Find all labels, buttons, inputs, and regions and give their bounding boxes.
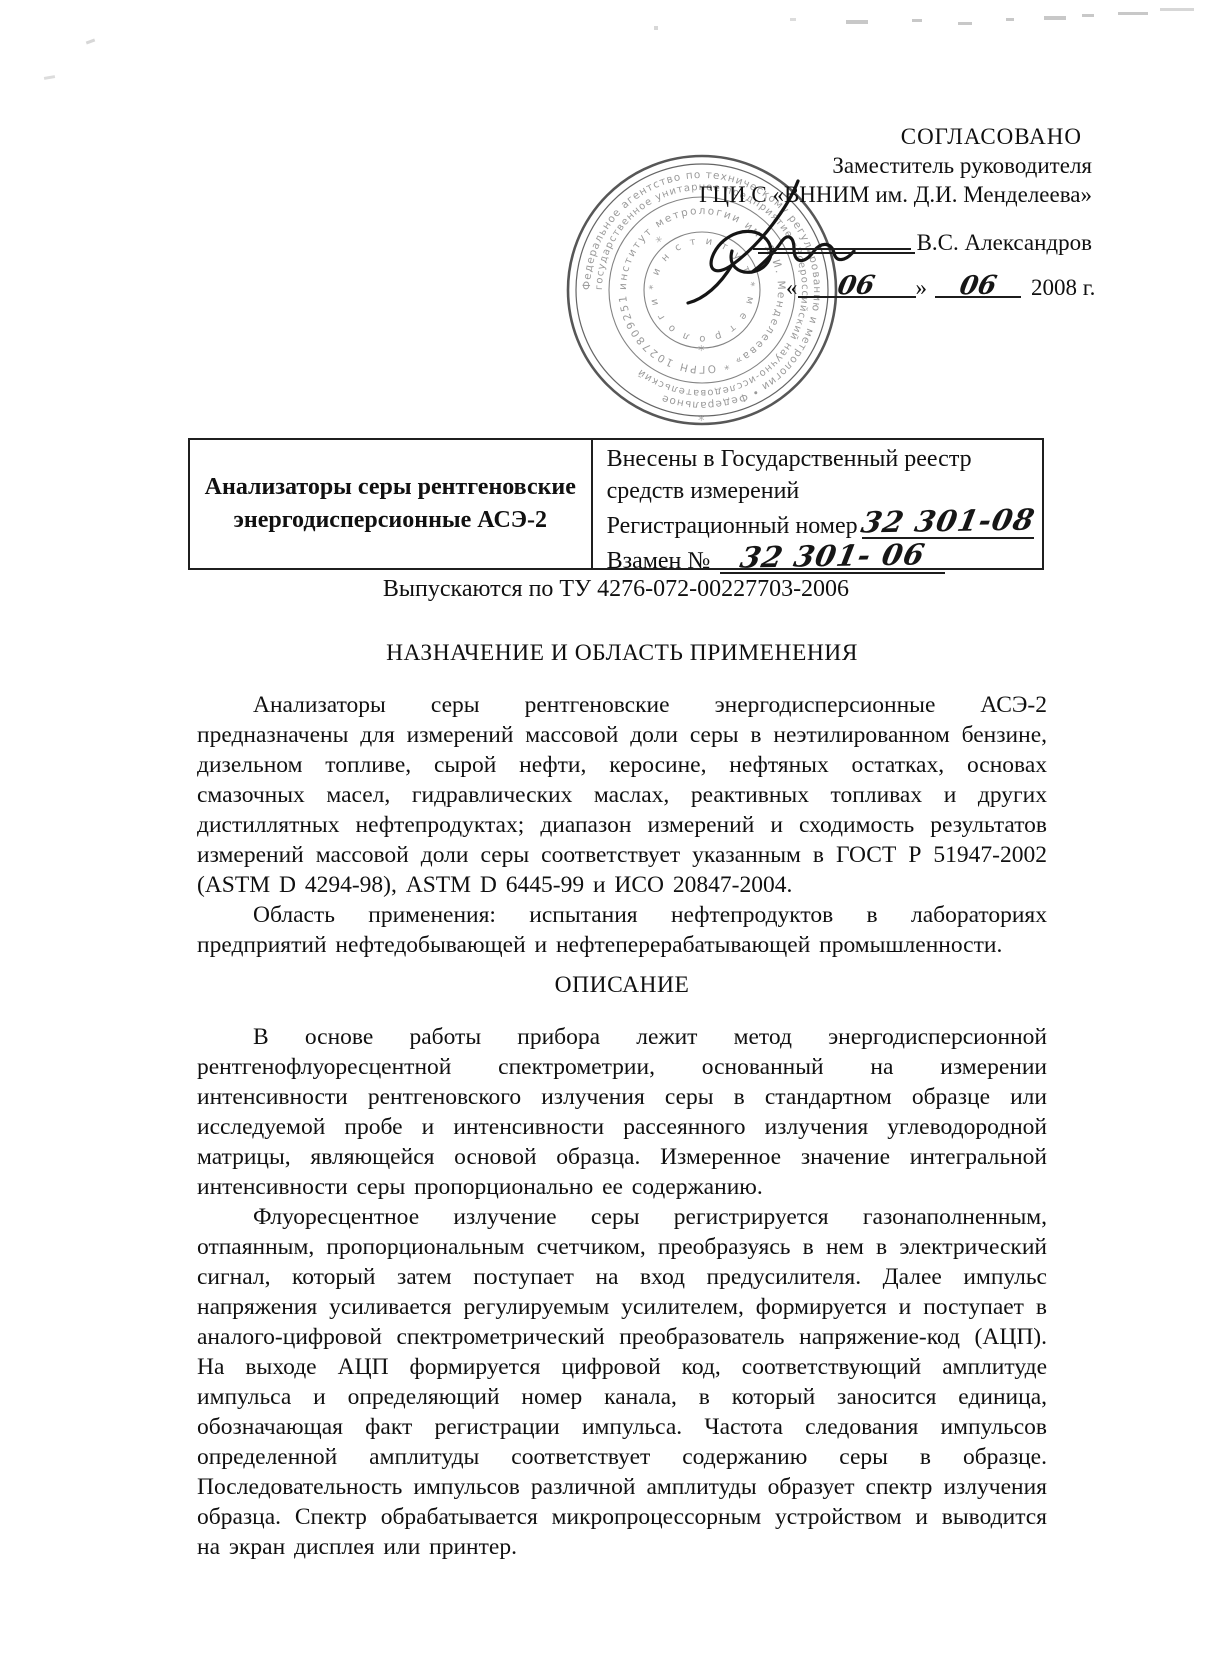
scan-artifact <box>1082 14 1094 17</box>
scanned-document-page: { "approval": { "title": "СОГЛАСОВАНО", … <box>0 0 1210 1669</box>
paragraph: В основе работы прибора лежит метод энер… <box>197 1022 1047 1202</box>
approval-block: СОГЛАСОВАНО Заместитель руководителя ГЦИ… <box>699 122 1092 209</box>
product-name-cell: Анализаторы серы рентгеновские энергодис… <box>190 440 593 568</box>
replaces-blank: 32 301- 06 <box>720 542 945 574</box>
scan-artifact <box>1044 16 1066 20</box>
scan-artifact <box>958 22 972 25</box>
signer-name: В.С. Александров <box>917 230 1092 255</box>
svg-text:*: * <box>698 344 705 359</box>
section-heading-purpose: НАЗНАЧЕНИЕ И ОБЛАСТЬ ПРИМЕНЕНИЯ <box>197 640 1047 667</box>
paragraph: Анализаторы серы рентгеновские энергодис… <box>197 690 1047 900</box>
scan-artifact <box>654 26 658 30</box>
date-year: 2008 г. <box>1031 275 1095 300</box>
date-day-handwritten: 06 <box>835 271 877 302</box>
paragraph: Область применения: испытания нефтепроду… <box>197 900 1047 960</box>
registry-info-cell: Внесены в Государственный реестр средств… <box>593 440 1042 568</box>
product-name-line1: Анализаторы серы рентгеновские <box>205 471 576 504</box>
scan-artifact <box>86 39 95 45</box>
approval-title: СОГЛАСОВАНО <box>699 122 1092 151</box>
registration-number-value: 32 301-08 <box>858 503 1037 538</box>
scan-artifact <box>44 75 55 80</box>
date-close-quote: » <box>916 275 928 300</box>
svg-text:*: * <box>698 414 705 429</box>
date-month-handwritten: 06 <box>957 271 999 302</box>
section-purpose-body: Анализаторы серы рентгеновские энергодис… <box>197 690 1047 960</box>
section-heading-description: ОПИСАНИЕ <box>197 972 1047 999</box>
replaces-label: Взамен № <box>607 548 711 574</box>
scan-artifact <box>1118 12 1148 15</box>
signature-row: В.С. Александров <box>753 228 1092 256</box>
scan-artifact <box>790 18 796 21</box>
replaces-value: 32 301- 06 <box>738 538 928 573</box>
approval-role: Заместитель руководителя <box>699 151 1092 180</box>
scan-artifact <box>1006 18 1014 21</box>
tu-specification-line: Выпускаются по ТУ 4276-072-00227703-2006 <box>188 576 1044 603</box>
approval-organization: ГЦИ С «ВННИМ им. Д.И. Менделеева» <box>699 180 1092 209</box>
signature-underline <box>753 228 911 250</box>
date-open-quote: « <box>786 275 798 300</box>
scan-artifact <box>1160 8 1194 11</box>
date-month-blank: 06 <box>935 272 1021 298</box>
registry-line1: Внесены в Государственный реестр <box>607 443 1034 475</box>
section-description-body: В основе работы прибора лежит метод энер… <box>197 1022 1047 1562</box>
scan-artifact <box>912 19 922 22</box>
product-name-line2: энергодисперсионные АСЭ-2 <box>234 504 548 537</box>
registration-number-label: Регистрационный номер <box>607 513 858 539</box>
date-day-blank: 06 <box>798 272 916 298</box>
approval-date-row: «06»062008 г. <box>786 272 1095 301</box>
paragraph: Флуоресцентное излучение серы регистриру… <box>197 1202 1047 1562</box>
registry-table: Анализаторы серы рентгеновские энергодис… <box>188 438 1044 570</box>
replaces-row: Взамен №32 301- 06 <box>607 542 1034 577</box>
scan-artifact <box>846 20 868 24</box>
registration-number-blank: 32 301-08 <box>862 507 1034 539</box>
registry-line2: средств измерений <box>607 475 1034 507</box>
registration-number-row: Регистрационный номер32 301-08 <box>607 507 1034 542</box>
